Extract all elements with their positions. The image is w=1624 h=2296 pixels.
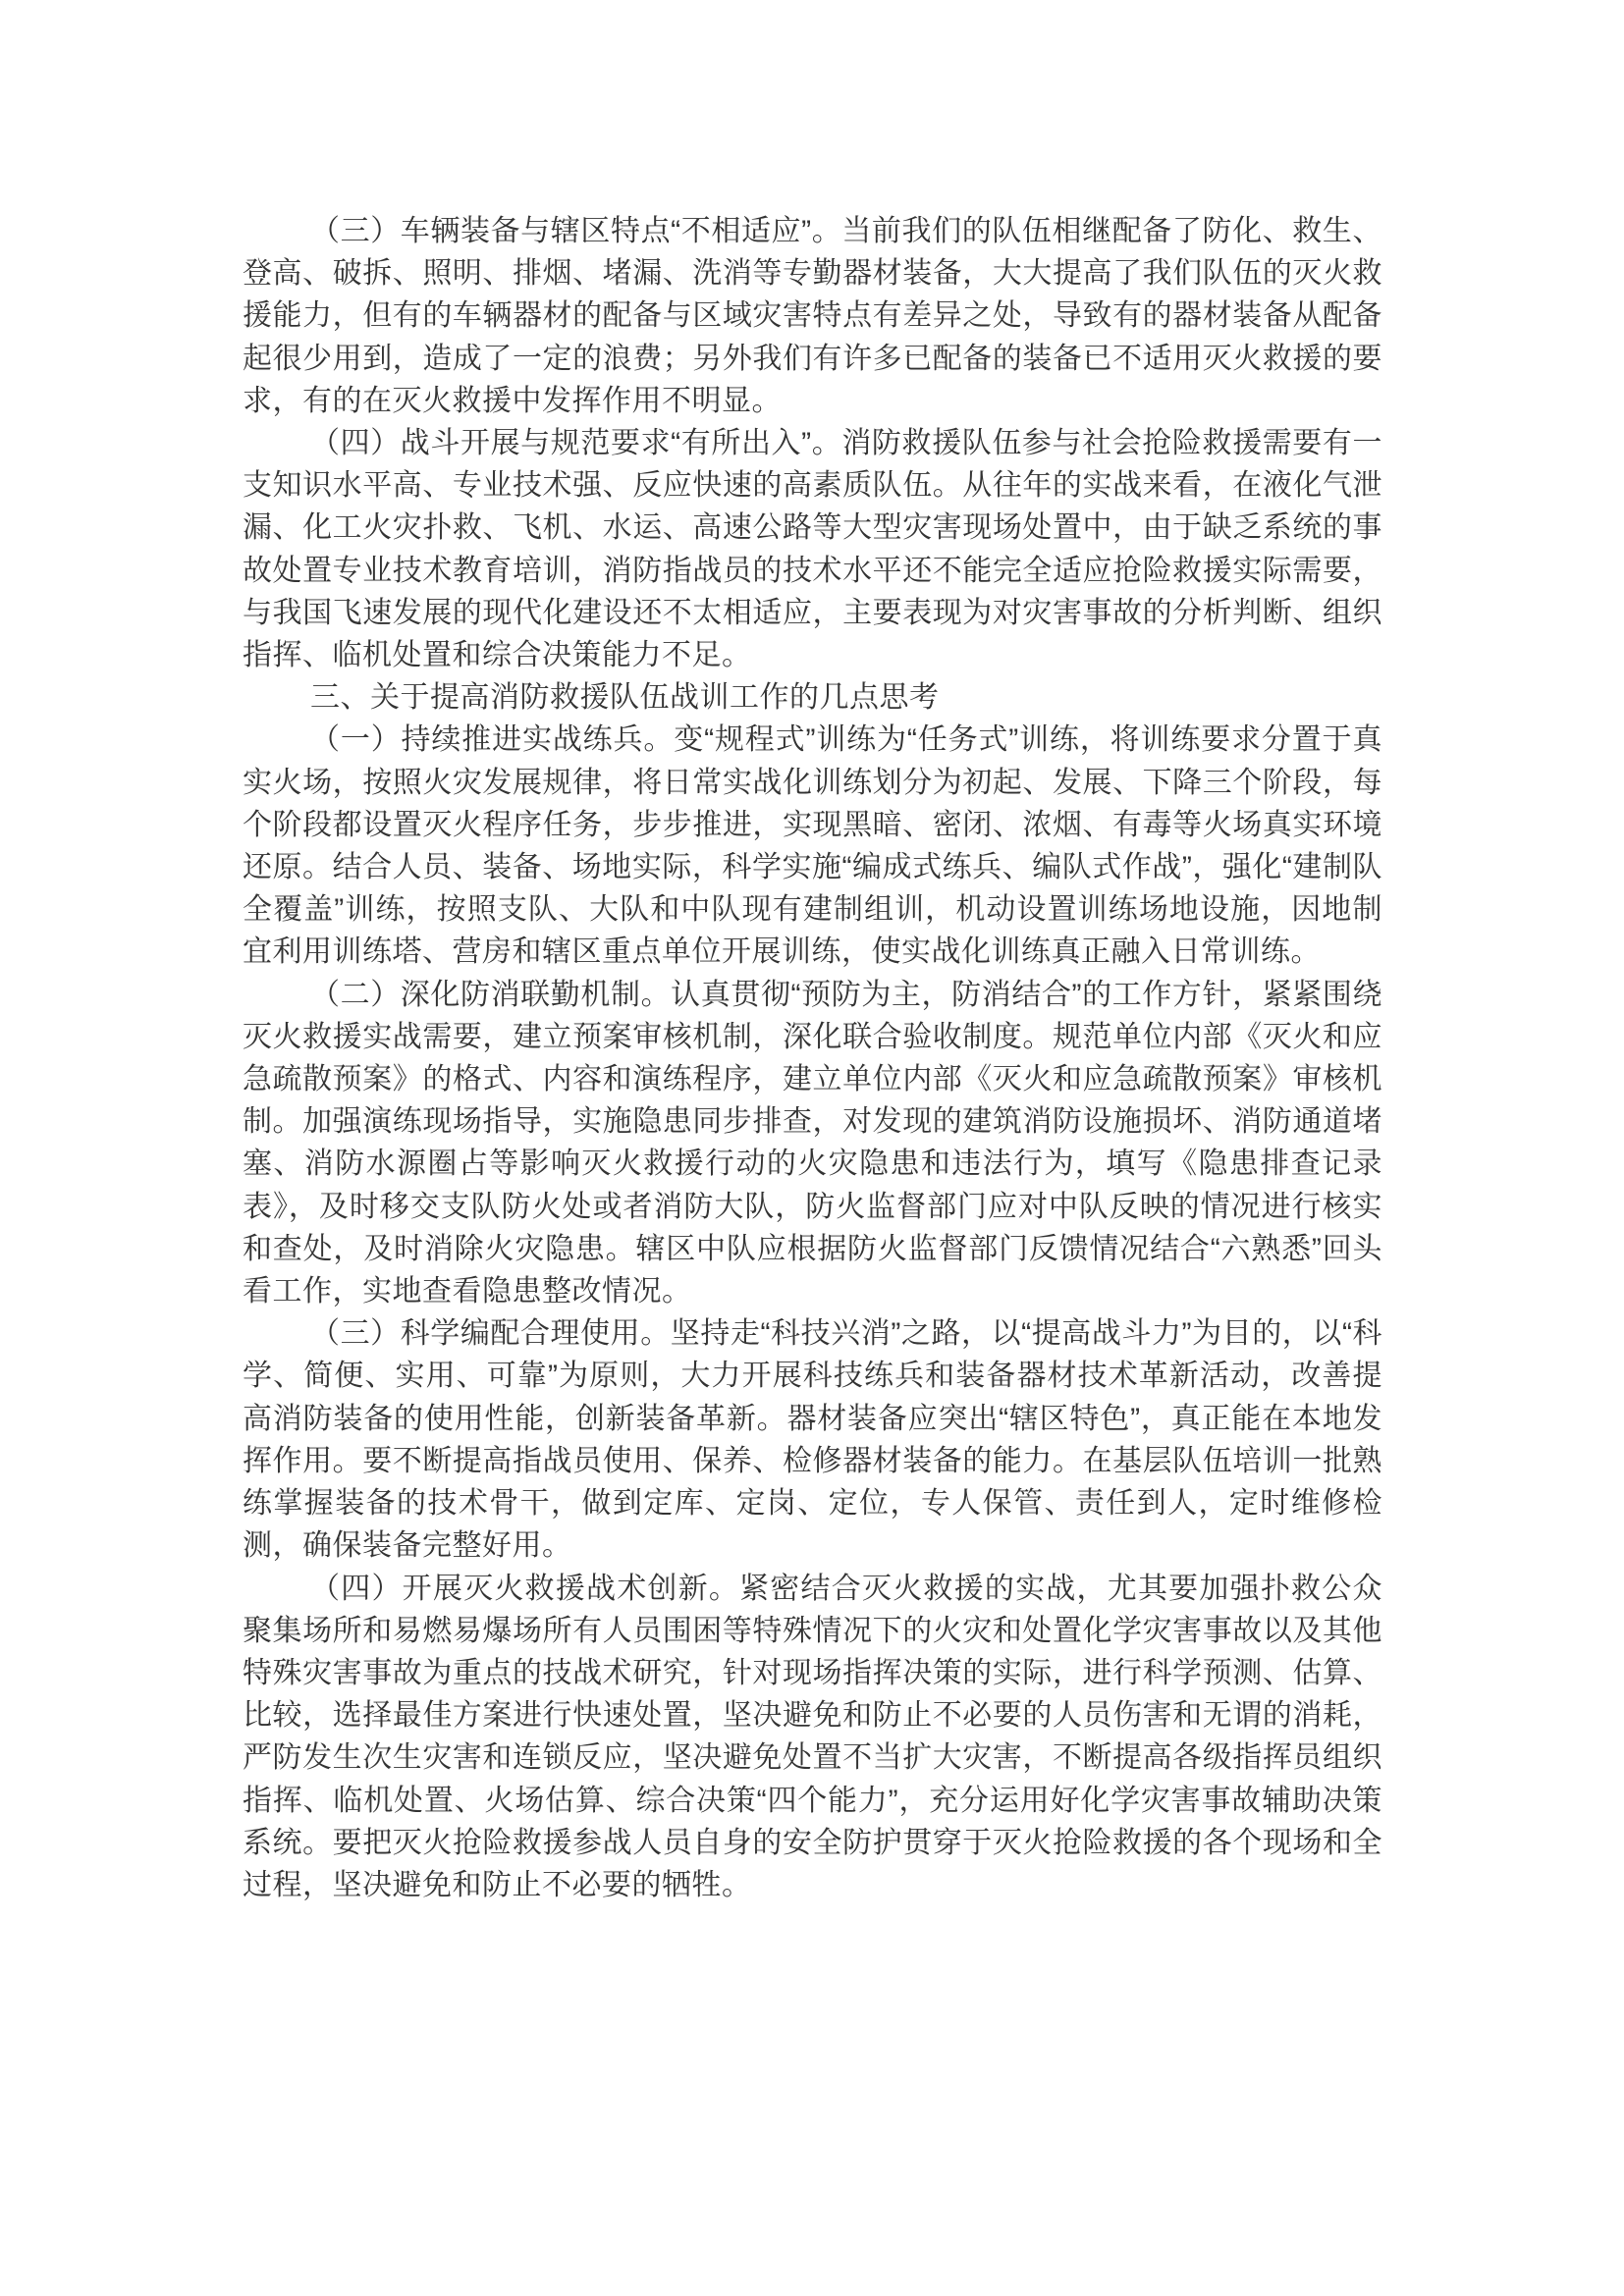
paragraph-prevention-joint-duty-mechanism: （二）深化防消联勤机制。认真贯彻“预防为主，防消结合”的工作方针，紧紧围绕灭火救… xyxy=(243,974,1382,1313)
paragraph-rescue-tactics-innovation: （四）开展灭火救援战术创新。紧密结合灭火救援的实战，尤其要加强扑救公众聚集场所和… xyxy=(243,1568,1382,1907)
paragraph-practical-combat-training: （一）持续推进实战练兵。变“规程式”训练为“任务式”训练，将训练要求分置于真实火… xyxy=(243,719,1382,973)
paragraph-scientific-allocation-usage: （三）科学编配合理使用。坚持走“科技兴消”之路，以“提高战斗力”为目的，以“科学… xyxy=(243,1312,1382,1567)
document-page: （三）车辆装备与辖区特点“不相适应”。当前我们的队伍相继配备了防化、救生、登高、… xyxy=(0,0,1624,2296)
section-heading-part-three: 三、关于提高消防救援队伍战训工作的几点思考 xyxy=(243,676,1382,719)
paragraph-vehicle-equipment-mismatch: （三）车辆装备与辖区特点“不相适应”。当前我们的队伍相继配备了防化、救生、登高、… xyxy=(243,210,1382,422)
paragraph-combat-vs-standards-gap: （四）战斗开展与规范要求“有所出入”。消防救援队伍参与社会抢险救援需要有一支知识… xyxy=(243,422,1382,676)
